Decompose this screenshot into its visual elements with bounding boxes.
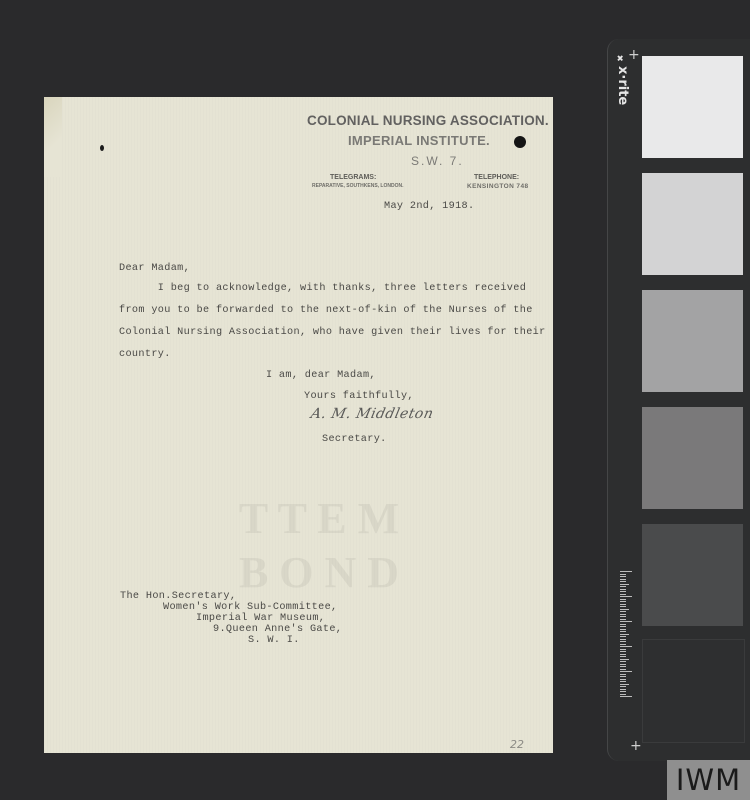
ruler-tick — [620, 586, 626, 587]
ruler-tick — [620, 616, 626, 617]
color-calibration-chart: ✖ x·rite + + — [607, 39, 750, 761]
ruler-tick — [620, 574, 626, 575]
ruler-tick — [620, 654, 626, 655]
ruler-tick — [620, 689, 626, 690]
closing-line: Yours faithfully, — [304, 391, 414, 402]
ruler-tick — [620, 601, 626, 602]
xrite-logo-icon: ✖ — [617, 52, 624, 66]
ruler-tick — [620, 641, 626, 642]
ruler-tick — [620, 664, 626, 665]
ruler-tick — [620, 594, 626, 595]
ruler-tick — [620, 599, 626, 600]
ruler-tick — [620, 644, 626, 645]
ruler-tick — [620, 639, 626, 640]
gray-patch-6 — [642, 639, 745, 743]
ruler-tick — [620, 604, 626, 605]
letter-document: COLONIAL NURSING ASSOCIATION. IMPERIAL I… — [44, 97, 553, 753]
addressee-line: 9.Queen Anne's Gate, — [213, 624, 342, 635]
ruler-tick — [620, 661, 626, 662]
ruler-tick — [620, 596, 632, 597]
ruler-tick — [620, 609, 629, 610]
archive-page-number: 22 — [510, 738, 524, 751]
ruler-tick — [620, 606, 626, 607]
watermark-line: T T E M — [234, 492, 404, 546]
mm-ruler — [620, 571, 634, 699]
addressee-line: S. W. I. — [248, 635, 300, 646]
ruler-tick — [620, 619, 626, 620]
ruler-tick — [620, 629, 626, 630]
gray-patch-1 — [642, 56, 743, 158]
ruler-tick — [620, 659, 629, 660]
gray-patch-3 — [642, 290, 743, 392]
xrite-brand: x·rite — [615, 66, 630, 105]
telephone-label: TELEPHONE: — [474, 174, 519, 181]
ruler-tick — [620, 674, 626, 675]
ruler-tick — [620, 611, 626, 612]
ruler-tick — [620, 614, 626, 615]
crosshair-icon: + — [628, 48, 640, 62]
body-line: Colonial Nursing Association, who have g… — [119, 327, 546, 338]
letterhead-institute: IMPERIAL INSTITUTE. — [348, 133, 490, 148]
ruler-tick — [620, 584, 629, 585]
crosshair-icon: + — [630, 739, 642, 753]
body-line: country. — [119, 349, 171, 360]
ruler-tick — [620, 694, 626, 695]
telegrams-address: REPARATIVE, SOUTHKENS, LONDON. — [312, 183, 404, 189]
ink-speck — [100, 145, 104, 151]
gray-patch-5 — [642, 524, 743, 626]
salutation: Dear Madam, — [119, 263, 190, 274]
telegrams-label: TELEGRAMS: — [330, 174, 376, 181]
ruler-tick — [620, 621, 632, 622]
ruler-tick — [620, 686, 626, 687]
ruler-tick — [620, 589, 626, 590]
addressee-line: Imperial War Museum, — [196, 613, 325, 624]
ruler-tick — [620, 684, 629, 685]
ruler-tick — [620, 579, 626, 580]
handwritten-signature: A. M. Middleton — [309, 406, 435, 422]
ruler-tick — [620, 679, 626, 680]
ruler-tick — [620, 681, 626, 682]
ruler-tick — [620, 651, 626, 652]
ruler-tick — [620, 634, 629, 635]
signatory-title: Secretary. — [322, 434, 387, 445]
ruler-tick — [620, 636, 626, 637]
gray-patch-2 — [642, 173, 743, 275]
ruler-tick — [620, 631, 626, 632]
closing-line: I am, dear Madam, — [266, 370, 376, 381]
ruler-tick — [620, 656, 626, 657]
ruler-tick — [620, 646, 632, 647]
ruler-tick — [620, 676, 626, 677]
watermark-line: B O N D — [234, 546, 404, 600]
ruler-tick — [620, 649, 626, 650]
ruler-tick — [620, 581, 626, 582]
ruler-tick — [620, 696, 632, 697]
ruler-tick — [620, 691, 626, 692]
ruler-tick — [620, 671, 632, 672]
letter-date: May 2nd, 1918. — [384, 201, 475, 212]
addressee-line: Women's Work Sub-Committee, — [163, 602, 338, 613]
ruler-tick — [620, 666, 626, 667]
ruler-tick — [620, 591, 626, 592]
telephone-number: KENSINGTON 748 — [467, 183, 528, 190]
gray-patch-4 — [642, 407, 743, 509]
ruler-tick — [620, 626, 626, 627]
body-line: from you to be forwarded to the next-of-… — [119, 305, 533, 316]
ruler-tick — [620, 669, 626, 670]
body-line: I beg to acknowledge, with thanks, three… — [119, 283, 526, 294]
letterhead-postal-district: S.W. 7. — [411, 154, 464, 168]
ruler-tick — [620, 571, 632, 572]
punch-hole — [514, 136, 526, 148]
ruler-tick — [620, 624, 626, 625]
addressee-line: The Hon.Secretary, — [120, 591, 236, 602]
iwm-logo: IWM — [667, 760, 750, 800]
ruler-tick — [620, 576, 626, 577]
letterhead-organization: COLONIAL NURSING ASSOCIATION. — [307, 113, 549, 128]
